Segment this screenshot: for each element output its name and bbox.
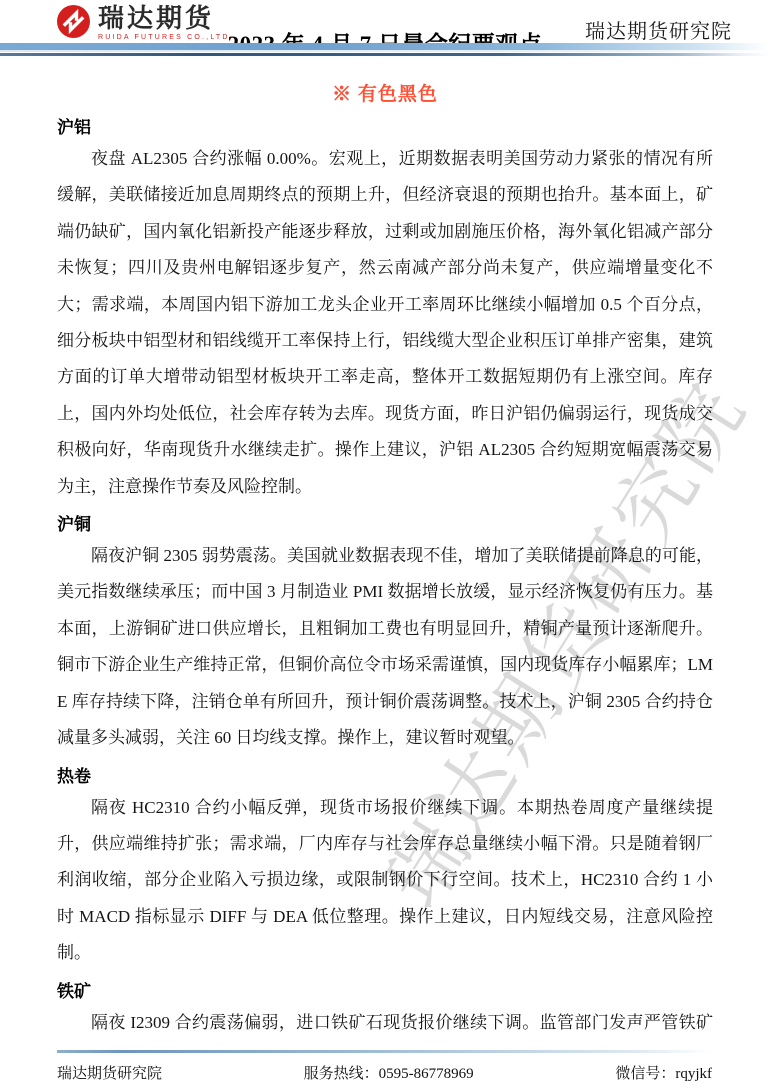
- section-heading: 热卷: [57, 767, 713, 787]
- section-heading: 沪铜: [57, 515, 713, 535]
- ruida-logo-icon: [55, 3, 92, 40]
- section-paragraph: 隔夜 I2309 合约震荡偏弱，进口铁矿石现货报价继续下调。监管部门发声严管铁矿…: [57, 1005, 713, 1042]
- logo-company-name-en: RUIDA FUTURES CO.,LTD.: [98, 34, 234, 41]
- section-hot-rolled-coil: 热卷 隔夜 HC2310 合约小幅反弹，现货市场报价继续下调。本期热卷周度产量继…: [57, 767, 713, 972]
- page-header: 瑞达期货 RUIDA FUTURES CO.,LTD. 瑞达期货研究院: [0, 0, 770, 43]
- section-heading: 沪铝: [57, 118, 713, 138]
- logo-company-name: 瑞达期货: [98, 3, 234, 33]
- section-paragraph: 夜盘 AL2305 合约涨幅 0.00%。宏观上，近期数据表明美国劳动力紧张的情…: [57, 141, 713, 505]
- document-body: 2023 年 4 月 7 日晨会纪要观点 ※ 有色黑色 沪铝 夜盘 AL2305…: [0, 30, 770, 1042]
- section-paragraph: 隔夜沪铜 2305 弱势震荡。美国就业数据表现不佳，增加了美联储提前降息的可能，…: [57, 538, 713, 756]
- logo-text: 瑞达期货 RUIDA FUTURES CO.,LTD.: [98, 3, 234, 41]
- footer-divider: [57, 1050, 712, 1053]
- company-logo: 瑞达期货 RUIDA FUTURES CO.,LTD.: [55, 3, 234, 41]
- header-divider-dark-stripe: [0, 53, 770, 56]
- footer-info-row: 瑞达期货研究院 服务热线：0595-86778969 微信号：rqyjkf: [57, 1062, 712, 1083]
- page-footer: 瑞达期货研究院 服务热线：0595-86778969 微信号：rqyjkf: [0, 1050, 770, 1090]
- footer-hotline: 服务热线：0595-86778969: [304, 1062, 474, 1083]
- section-shanghai-copper: 沪铜 隔夜沪铜 2305 弱势震荡。美国就业数据表现不佳，增加了美联储提前降息的…: [57, 515, 713, 756]
- header-divider-blue-stripe: [0, 43, 770, 50]
- report-page: 瑞达期货研究院 瑞达期货 RUIDA FUTURES CO.,LTD. 瑞达期货…: [0, 0, 770, 1090]
- section-shanghai-aluminum: 沪铝 夜盘 AL2305 合约涨幅 0.00%。宏观上，近期数据表明美国劳动力紧…: [57, 118, 713, 505]
- header-divider: [0, 43, 770, 56]
- section-paragraph: 隔夜 HC2310 合约小幅反弹，现货市场报价继续下调。本期热卷周度产量继续提升…: [57, 790, 713, 972]
- footer-wechat: 微信号：rqyjkf: [615, 1062, 712, 1083]
- section-heading: 铁矿: [57, 982, 713, 1002]
- header-institute-title: 瑞达期货研究院: [585, 15, 732, 44]
- section-iron-ore: 铁矿 隔夜 I2309 合约震荡偏弱，进口铁矿石现货报价继续下调。监管部门发声严…: [57, 982, 713, 1042]
- category-tag: ※ 有色黑色: [57, 82, 713, 108]
- footer-org: 瑞达期货研究院: [57, 1062, 162, 1083]
